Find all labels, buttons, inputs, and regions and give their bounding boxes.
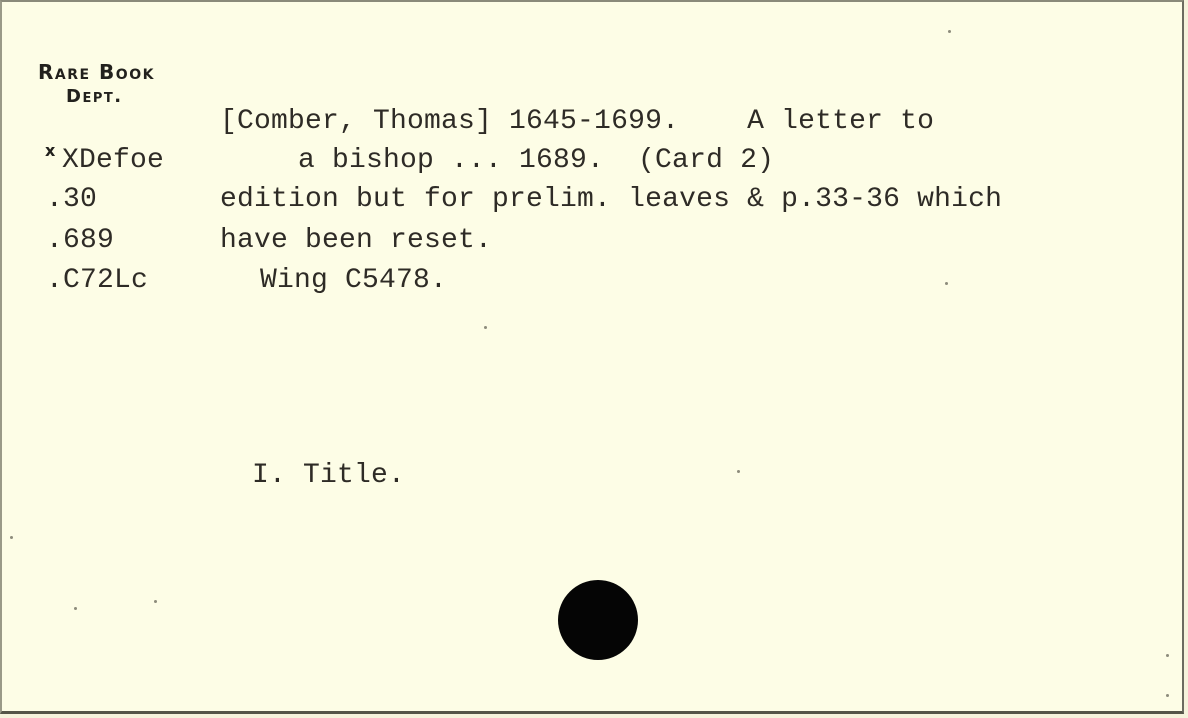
call-number-line: .C72Lc (46, 267, 148, 295)
paper-speck (154, 600, 157, 603)
call-number-line: XDefoe (62, 147, 164, 175)
paper-speck (10, 536, 13, 539)
catalog-card: Rare Book Dept. x XDefoe .30 .689 .C72Lc… (0, 0, 1184, 714)
entry-tracing: I. Title. (252, 462, 405, 490)
entry-reference-line: Wing C5478. (260, 267, 447, 295)
call-number-line: .689 (46, 227, 114, 255)
punch-hole (558, 580, 638, 660)
entry-note-line: edition but for prelim. leaves & p.33-36… (220, 186, 1002, 214)
paper-speck (74, 607, 77, 610)
call-number-line: .30 (46, 186, 97, 214)
rare-book-stamp-line2: Dept. (66, 88, 123, 106)
entry-note-line: have been reset. (220, 227, 492, 255)
rare-book-stamp-line1: Rare Book (38, 62, 155, 82)
paper-speck (1166, 694, 1169, 697)
paper-speck (948, 30, 951, 33)
paper-speck (484, 326, 487, 329)
call-number-mark: x (45, 143, 55, 159)
entry-title-line: a bishop ... 1689. (Card 2) (298, 147, 774, 175)
paper-speck (945, 282, 948, 285)
paper-speck (737, 470, 740, 473)
paper-speck (1166, 654, 1169, 657)
entry-heading-line: [Comber, Thomas] 1645-1699. A letter to (220, 108, 934, 136)
